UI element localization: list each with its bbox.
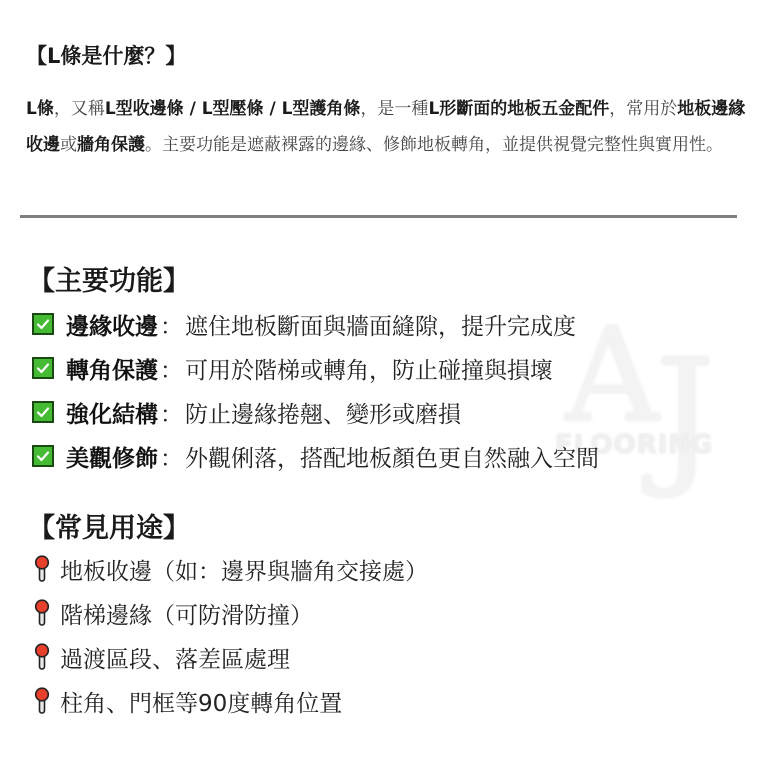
pushpin-icon <box>34 599 50 627</box>
use-item: 地板收邊（如：邊界與牆角交接處） <box>34 547 428 591</box>
intro-text: ，是一種 <box>360 99 428 119</box>
intro-bold-text: 牆角保護 <box>77 135 145 155</box>
pushpin-icon <box>34 555 50 583</box>
intro-paragraph: L條，又稱L型收邊條 / L型壓條 / L型護角條，是一種L形斷面的地板五金配件… <box>26 91 746 163</box>
feature-term: 邊緣收邊 <box>66 308 158 341</box>
intro-bold-text: L型收邊條 / L型壓條 / L型護角條 <box>105 99 361 119</box>
intro-bold-text: L形斷面的地板五金配件 <box>428 99 609 119</box>
feature-term: 轉角保護 <box>66 352 158 385</box>
check-box-icon <box>32 445 54 467</box>
check-box-icon <box>32 401 54 423</box>
feature-term: 美觀修飾 <box>66 440 158 473</box>
intro-text: 或 <box>60 135 77 155</box>
intro-title: 【L條是什麼？】 <box>26 42 746 70</box>
intro-text: ，常用於 <box>609 99 677 119</box>
feature-item: 強化結構：防止邊緣捲翹、變形或磨損 <box>32 390 599 434</box>
intro-bold-text: L條 <box>26 99 54 119</box>
feature-description: 防止邊緣捲翹、變形或磨損 <box>185 396 461 429</box>
feature-separator: ： <box>160 352 183 385</box>
pushpin-icon <box>34 687 50 715</box>
features-title: 【主要功能】 <box>28 265 190 299</box>
intro-section: 【L條是什麼？】 L條，又稱L型收邊條 / L型壓條 / L型護角條，是一種L形… <box>26 42 746 163</box>
use-item: 過渡區段、落差區處理 <box>34 635 428 679</box>
check-box-icon <box>32 313 54 335</box>
feature-separator: ： <box>160 440 183 473</box>
feature-item: 邊緣收邊：遮住地板斷面與牆面縫隙，提升完成度 <box>32 302 599 346</box>
feature-description: 外觀俐落，搭配地板顏色更自然融入空間 <box>185 440 599 473</box>
use-item: 階梯邊緣（可防滑防撞） <box>34 591 428 635</box>
use-text: 過渡區段、落差區處理 <box>60 641 290 674</box>
intro-text: 。主要功能是遮蔽裸露的邊緣、修飾地板轉角，並提供視覺完整性與實用性。 <box>145 135 723 155</box>
feature-item: 轉角保護：可用於階梯或轉角，防止碰撞與損壞 <box>32 346 599 390</box>
use-text: 柱角、門框等90度轉角位置 <box>60 685 342 718</box>
uses-title: 【常見用途】 <box>28 512 190 546</box>
feature-description: 遮住地板斷面與牆面縫隙，提升完成度 <box>185 308 576 341</box>
feature-term: 強化結構 <box>66 396 158 429</box>
section-divider <box>20 215 737 218</box>
feature-description: 可用於階梯或轉角，防止碰撞與損壞 <box>185 352 553 385</box>
use-item: 柱角、門框等90度轉角位置 <box>34 679 428 723</box>
check-box-icon <box>32 357 54 379</box>
uses-list: 地板收邊（如：邊界與牆角交接處）階梯邊緣（可防滑防撞）過渡區段、落差區處理柱角、… <box>34 547 428 723</box>
features-list: 邊緣收邊：遮住地板斷面與牆面縫隙，提升完成度轉角保護：可用於階梯或轉角，防止碰撞… <box>32 302 599 478</box>
feature-separator: ： <box>160 396 183 429</box>
pushpin-icon <box>34 643 50 671</box>
feature-separator: ： <box>160 308 183 341</box>
use-text: 階梯邊緣（可防滑防撞） <box>60 597 313 630</box>
feature-item: 美觀修飾：外觀俐落，搭配地板顏色更自然融入空間 <box>32 434 599 478</box>
use-text: 地板收邊（如：邊界與牆角交接處） <box>60 553 428 586</box>
intro-text: ，又稱 <box>54 99 105 119</box>
watermark-letter-j: J <box>655 340 715 490</box>
